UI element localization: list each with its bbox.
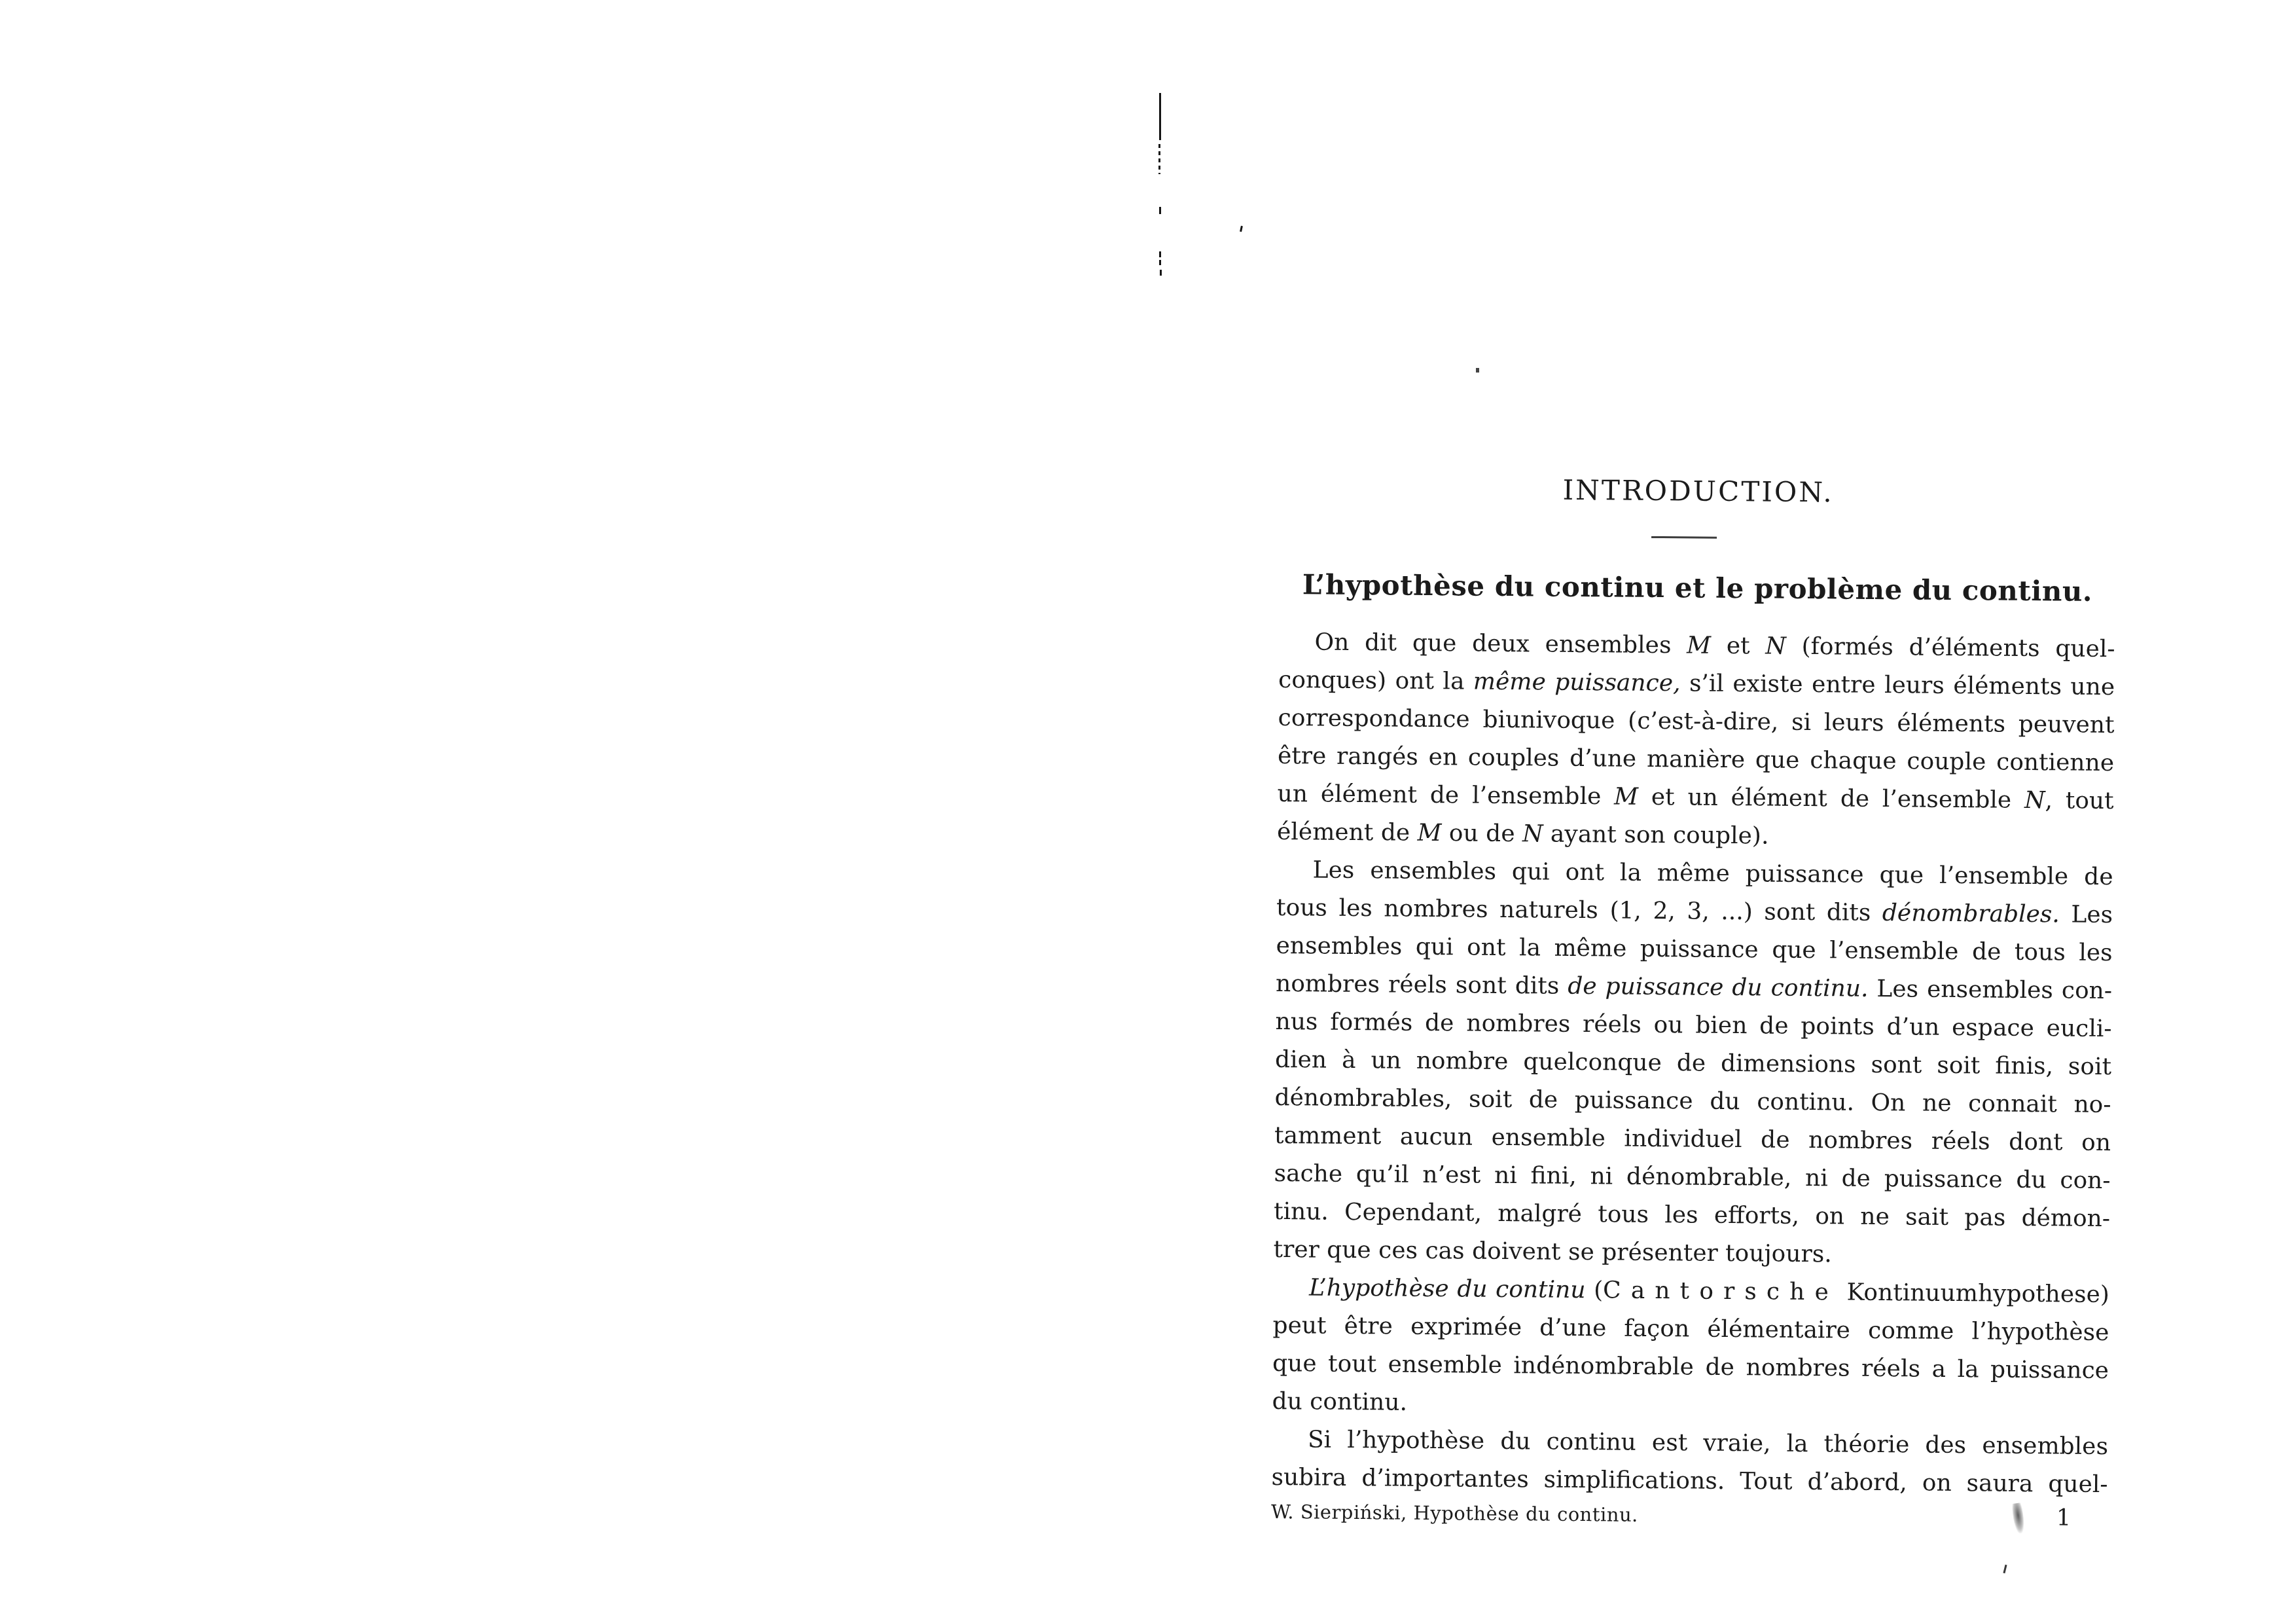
scan-artifact-dash <box>1159 260 1161 265</box>
text-segment: tamment aucun ensemble individuel de nom… <box>1274 1122 2111 1156</box>
emphasis-text: L’hypothèse du continu <box>1309 1274 1586 1304</box>
text-segment: Les ensembles qui ont la même puissance … <box>1312 856 2113 890</box>
text-segment: correspondance biunivoque (c’est-à-dire,… <box>1278 704 2114 739</box>
scan-artifact-tick <box>1240 226 1243 232</box>
running-title: W. Sierpiński, Hypothèse du continu. <box>1271 1501 1638 1526</box>
text-segment: ayant son couple). <box>1543 821 1768 850</box>
text-segment: être rangés en couples d’une manière que… <box>1278 742 2114 776</box>
text-segment: ou de <box>1441 820 1522 847</box>
text-segment: ensembles qui ont la même puissance que … <box>1276 932 2112 966</box>
text-segment: Si l’hypothèse du continu est vraie, la … <box>1308 1426 2108 1460</box>
page-footer: W. Sierpiński, Hypothèse du continu. 1 <box>1271 1498 2071 1531</box>
emphasis-text: dénombrables. <box>1882 900 2060 928</box>
scan-artifact-speck <box>1476 368 1479 373</box>
text-segment: du continu. <box>1272 1388 1407 1416</box>
text-segment: s’il existe entre leurs éléments une <box>1680 670 2115 701</box>
emphasis-text: même puissance, <box>1473 668 1681 697</box>
scan-artifact-dot <box>1159 207 1161 214</box>
emphasis-text: M <box>1687 632 1711 659</box>
text-segment: On dit que deux ensembles <box>1314 629 1687 659</box>
text-segment: nus formés de nombres réels ou bien de p… <box>1275 1008 2111 1042</box>
emphasis-text: N <box>2024 787 2045 814</box>
text-block: INTRODUCTION. L’hypothèse du continu et … <box>1280 466 2117 473</box>
text-segment: conques) ont la <box>1278 666 1473 695</box>
scan-artifact-dash <box>1159 251 1161 257</box>
text-segment: subira d’importantes simplifications. To… <box>1271 1464 2108 1498</box>
text-segment: et <box>1711 632 1766 660</box>
text-segment: sache qu’il n’est ni fini, ni dénombrabl… <box>1274 1160 2110 1194</box>
text-segment: que tout ensemble indénombrable de nombr… <box>1272 1350 2109 1384</box>
title-divider-rule <box>1651 536 1717 539</box>
text-segment: tinu. Cependant, malgré tous les efforts… <box>1274 1198 2110 1232</box>
scan-artifact-broken-line <box>1158 144 1160 174</box>
text-segment: Les <box>2060 901 2113 928</box>
body-text: On dit que deux ensembles M et N (formés… <box>1271 623 2115 1504</box>
scan-artifact-vertical-line <box>1159 93 1161 140</box>
emphasis-text: M <box>1417 820 1441 847</box>
text-segment: tous les nombres naturels (1, 2, 3, ...)… <box>1276 894 1882 926</box>
text-line: subira d’importantes simplifications. To… <box>1271 1459 2108 1504</box>
chapter-heading: L’hypothèse du continu et le problème du… <box>1279 568 2115 608</box>
letterspaced-text: Cantorsche <box>1603 1277 1839 1305</box>
text-segment: , tout <box>2045 787 2113 814</box>
text-segment: (formés d’éléments quel- <box>1786 633 2115 663</box>
section-title: INTRODUCTION. <box>1280 471 2117 511</box>
text-segment: dien à un nombre quelconque de dimension… <box>1275 1046 2111 1080</box>
text-segment: trer que ces cas doivent se présenter to… <box>1273 1236 1831 1267</box>
scan-artifact-speck <box>2003 1565 2007 1573</box>
emphasis-text: de puissance du continu. <box>1568 973 1869 1002</box>
text-segment: Les ensembles con- <box>1868 976 2112 1004</box>
emphasis-text: N <box>1522 820 1543 847</box>
text-segment: un élément de l’ensemble <box>1277 780 1614 810</box>
scan-artifact-dash <box>1160 270 1162 276</box>
text-segment: et un élément de l’ensemble <box>1638 784 2024 814</box>
text-segment: ( <box>1585 1277 1603 1304</box>
emphasis-text: M <box>1614 783 1638 810</box>
text-segment: Kontinuumhypothese) <box>1839 1279 2109 1308</box>
text-segment: dénombrables, soit de puissance du conti… <box>1274 1084 2111 1118</box>
text-segment: peut être exprimée d’une façon élémentai… <box>1272 1312 2109 1346</box>
text-segment: élément de <box>1277 818 1418 847</box>
page-number: 1 <box>2056 1504 2072 1531</box>
text-segment: nombres réels sont dits <box>1276 970 1568 1000</box>
scanned-book-page: INTRODUCTION. L’hypothèse du continu et … <box>0 0 2296 1623</box>
emphasis-text: N <box>1765 632 1786 659</box>
